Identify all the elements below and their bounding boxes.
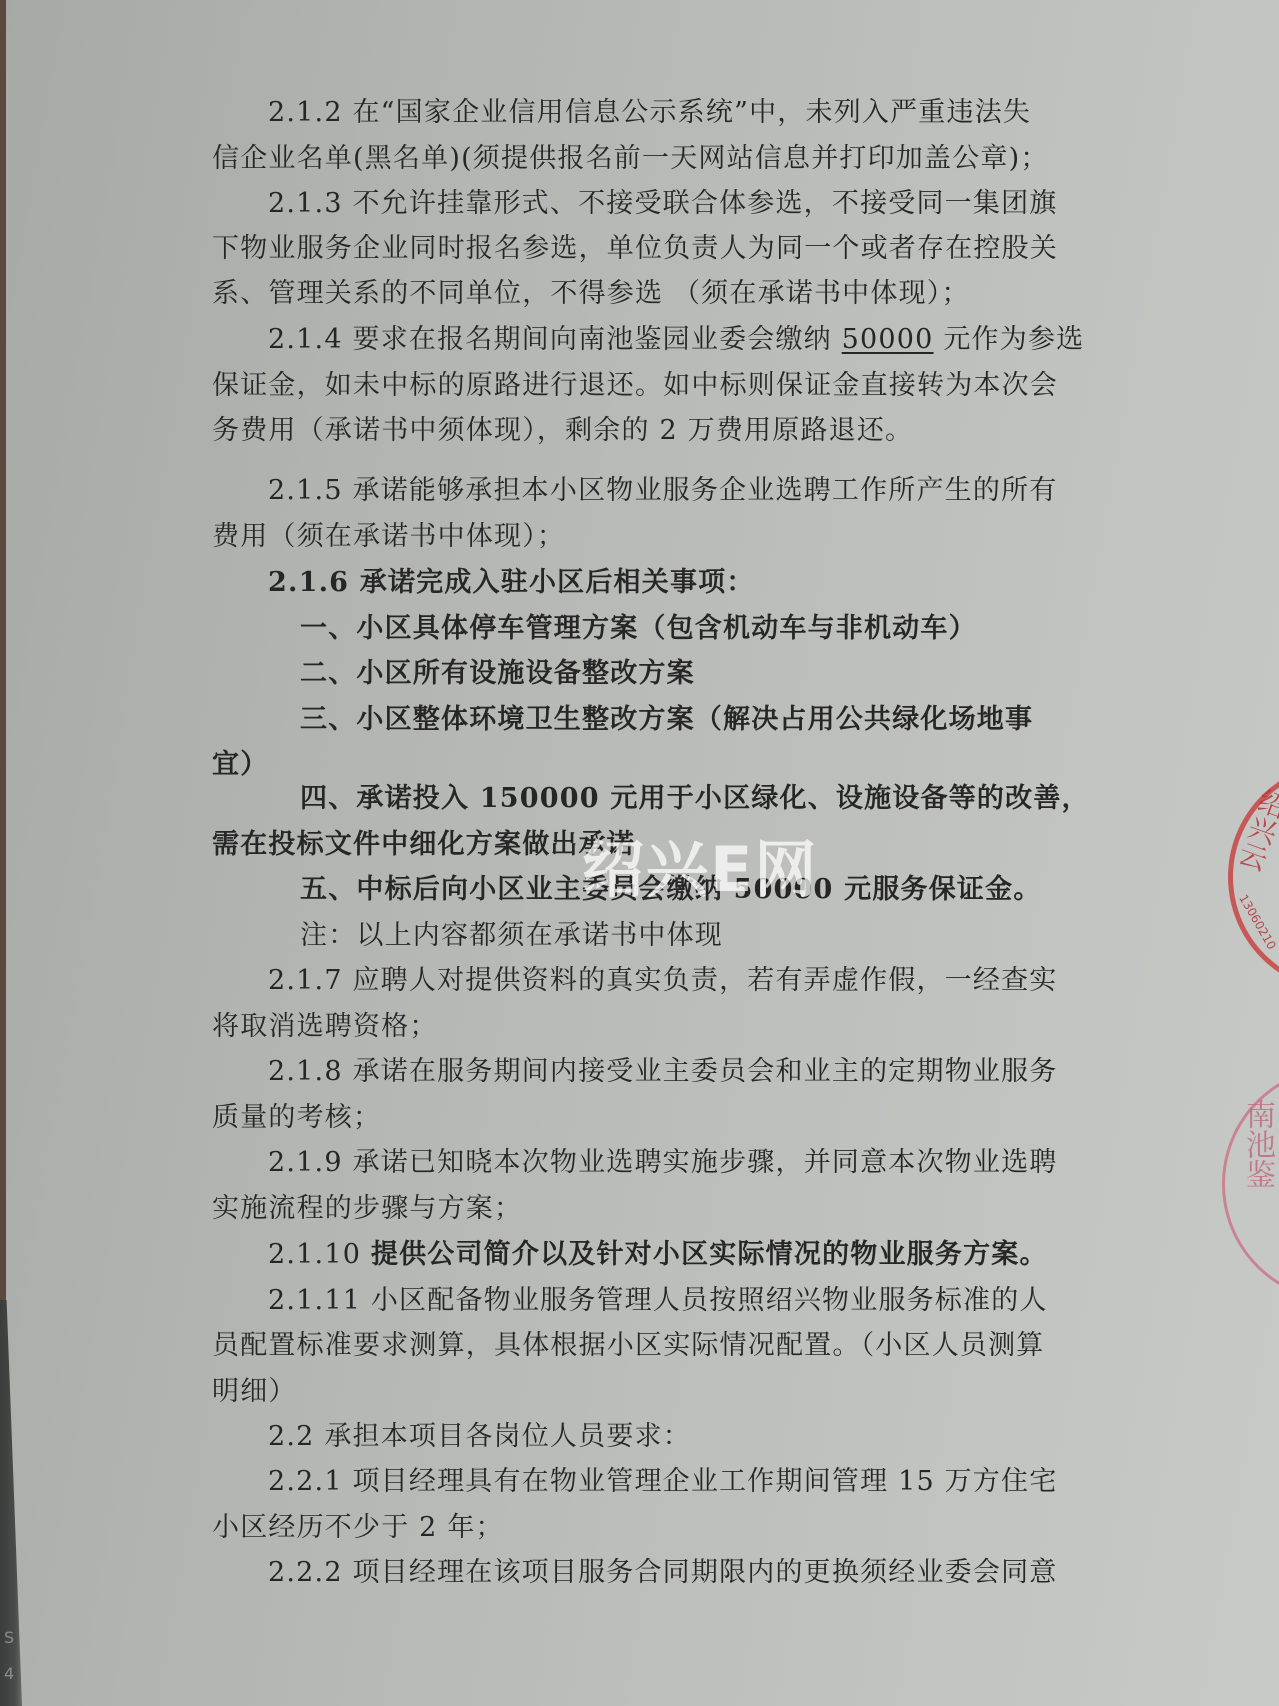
document-line: 宜） bbox=[212, 748, 268, 782]
document-line: 2.2.1 项目经理具有在物业管理企业工作期间管理 15 万方住宅 bbox=[268, 1465, 1057, 1499]
document-line: 下物业服务企业同时报名参选，单位负责人为同一个或者存在控股关 bbox=[212, 232, 1058, 266]
document-line: 2.1.7 应聘人对提供资料的真实负责，若有弄虚作假，一经查实 bbox=[268, 964, 1057, 998]
document-line: 小区经历不少于 2 年； bbox=[212, 1511, 504, 1545]
document-line: 信企业名单(黑名单)(须提供报名前一天网站信息并打印加盖公章)； bbox=[212, 142, 1049, 176]
document-line: 一、小区具体停车管理方案（包含机动车与非机动车） bbox=[300, 612, 977, 646]
document-line: 二、小区所有设施设备整改方案 bbox=[300, 657, 695, 691]
line-text: 元作为参选 bbox=[934, 324, 1085, 355]
line-text: 2.1.4 要求在报名期间向南池鉴园业委会缴纳 bbox=[268, 324, 842, 355]
document-line: 四、承诺投入 150000 元用于小区绿化、设施设备等的改善， bbox=[300, 782, 1090, 816]
document-line: 务费用（承诺书中须体现），剩余的 2 万费用原路退还。 bbox=[212, 414, 913, 448]
document-line: 质量的考核； bbox=[212, 1101, 381, 1135]
document-line: 保证金，如未中标的原路进行退还。如中标则保证金直接转为本次会 bbox=[212, 369, 1058, 403]
document-line: 2.1.4 要求在报名期间向南池鉴园业委会缴纳 50000 元作为参选 bbox=[268, 323, 1084, 357]
document-line: 2.1.3 不允许挂靠形式、不接受联合体参选，不接受同一集团旗 bbox=[268, 187, 1057, 221]
document-line: 员配置标准要求测算，具体根据小区实际情况配置。（小区人员测算 bbox=[212, 1329, 1045, 1363]
document-line: 2.1.10 提供公司简介以及针对小区实际情况的物业服务方案。 bbox=[268, 1238, 1048, 1272]
underlined-amount: 50000 bbox=[842, 324, 934, 355]
document-line: 将取消选聘资格； bbox=[212, 1010, 438, 1044]
document-line: 2.1.5 承诺能够承担本小区物业服务企业选聘工作所产生的所有 bbox=[268, 474, 1057, 508]
watermark: 绍兴E网 bbox=[582, 820, 818, 909]
document-line: 三、小区整体环境卫生整改方案（解决占用公共绿化场地事 bbox=[300, 703, 1033, 737]
document-line: 2.1.11 小区配备物业服务管理人员按照绍兴物业服务标准的人 bbox=[268, 1284, 1048, 1318]
document-line: 系、管理关系的不同单位，不得参选 （须在承诺书中体现）； bbox=[212, 277, 970, 311]
line-text: 2.1.10 bbox=[268, 1239, 371, 1270]
document-line: 需在投标文件中细化方案做出承诺 bbox=[212, 828, 635, 862]
document-line: 2.1.2 在“国家企业信用信息公示系统”中，未列入严重违法失 bbox=[268, 96, 1031, 130]
document-line: 2.2 承担本项目各岗位人员要求： bbox=[268, 1420, 691, 1454]
document-line: 2.1.9 承诺已知晓本次物业选聘实施步骤，并同意本次物业选聘 bbox=[268, 1146, 1057, 1180]
document-line: 2.1.8 承诺在服务期间内接受业主委员会和业主的定期物业服务 bbox=[268, 1055, 1057, 1089]
seal-bottom-text: 南池鉴 bbox=[1235, 1099, 1279, 1189]
document-line: 2.2.2 项目经理在该项目服务合同期限内的更换须经业委会同意 bbox=[268, 1556, 1057, 1590]
document-line: 2.1.6 承诺完成入驻小区后相关事项： bbox=[268, 566, 755, 600]
document-line: 注：以上内容都须在承诺书中体现 bbox=[300, 919, 723, 953]
bold-line-text: 提供公司简介以及针对小区实际情况的物业服务方案。 bbox=[371, 1239, 1048, 1270]
document-line: 明细） bbox=[212, 1375, 297, 1409]
document-line: 实施流程的步骤与方案； bbox=[212, 1192, 522, 1226]
document-line: 费用（须在承诺书中体现）； bbox=[212, 520, 565, 554]
